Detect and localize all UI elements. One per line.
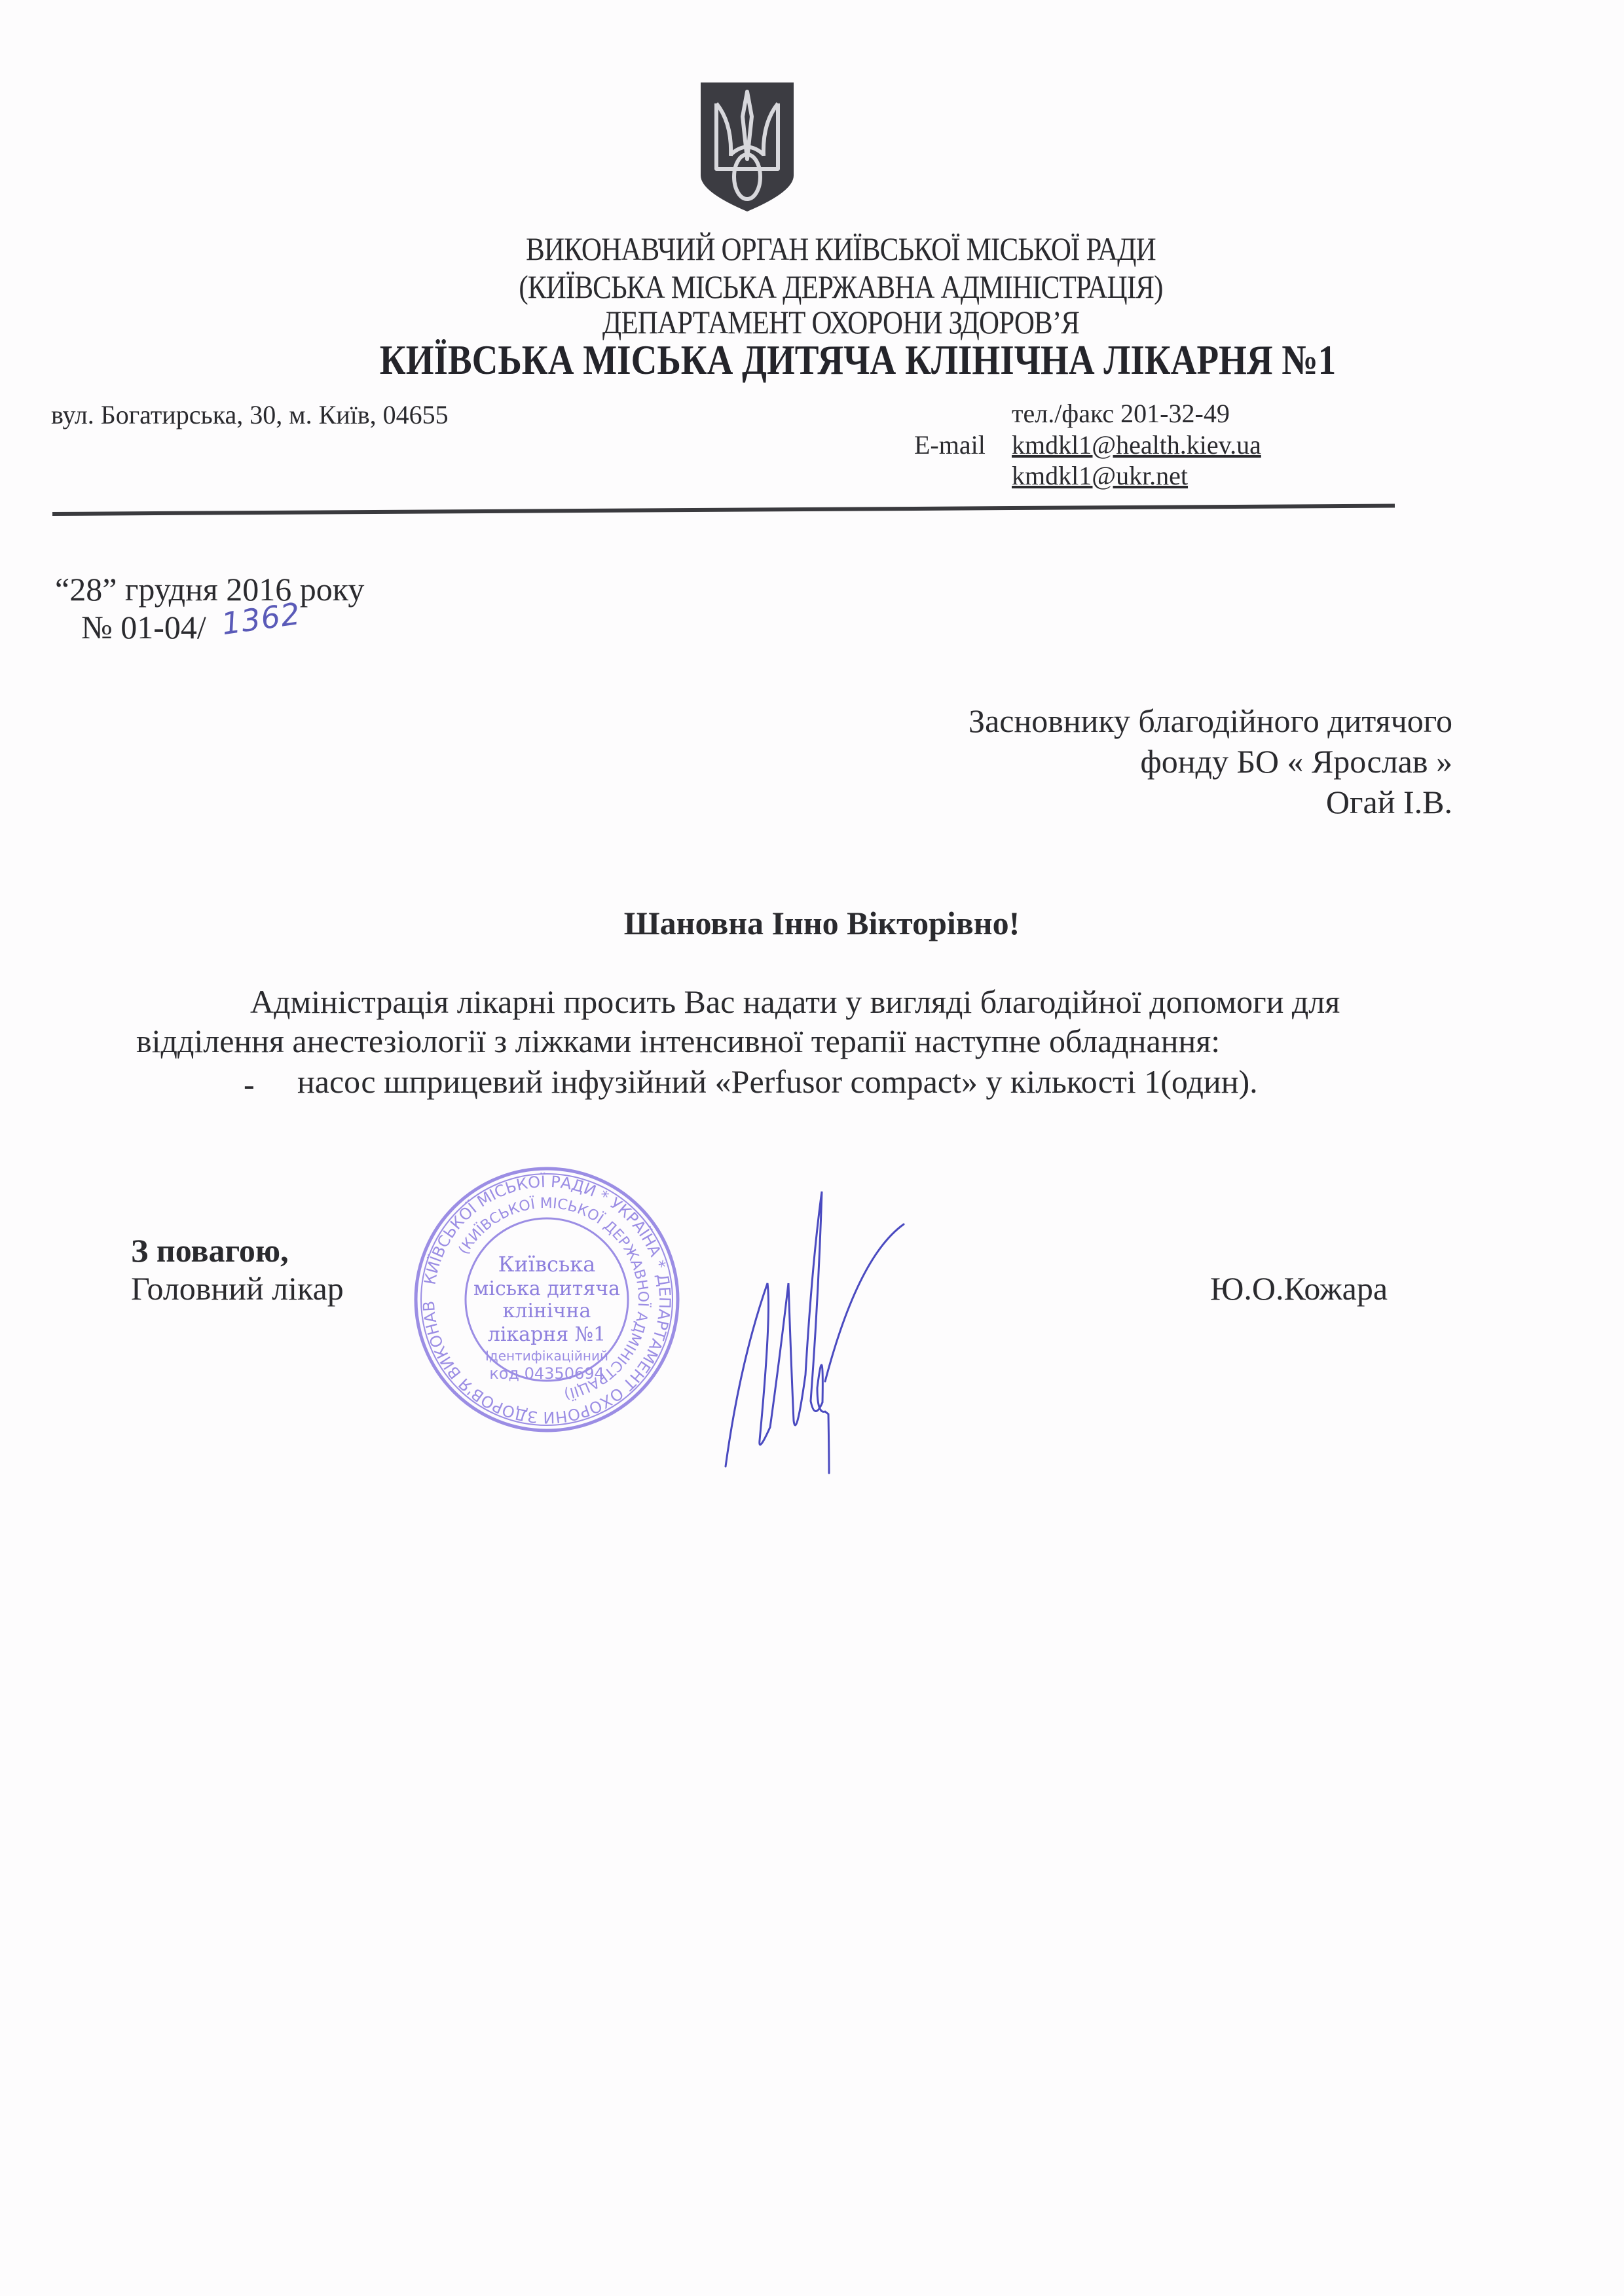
document-number: № 01-04/ <box>81 608 206 647</box>
official-stamp-icon: КИЇВСЬКОЇ МІСЬКОЇ РАДИ * УКРАЇНА * ДЕПАР… <box>413 1165 681 1434</box>
recipient-line: Засновнику благодійного дитячого <box>969 701 1452 741</box>
recipient-name: Огай І.В. <box>1326 782 1452 822</box>
email-link-ukrnet[interactable]: kmdkl1@ukr.net <box>1012 460 1188 492</box>
header-administration-line: (КИЇВСЬКА МІСЬКА ДЕРЖАВНА АДМІНІСТРАЦІЯ) <box>143 267 1540 306</box>
hospital-name: КИЇВСЬКА МІСЬКА ДИТЯЧА КЛІНІЧНА ЛІКАРНЯ … <box>160 335 1557 385</box>
stamp-center-line: Київська <box>498 1252 596 1277</box>
email-link-health[interactable]: kmdkl1@health.kiev.ua <box>1012 429 1261 461</box>
signer-position: Головний лікар <box>131 1269 344 1308</box>
email-label: E-mail <box>914 429 986 461</box>
bullet-item: насос шприцевий інфузійний «Perfusor com… <box>297 1062 1258 1101</box>
recipient-line: фонду БО « Ярослав » <box>1140 741 1452 782</box>
document-number-prefix: № 01-04/ <box>81 609 206 646</box>
body-paragraph-line: Адміністрація лікарні просить Вас надати… <box>250 982 1340 1021</box>
address: вул. Богатирська, 30, м. Київ, 04655 <box>51 399 449 431</box>
salutation: Шановна Інно Вікторівно! <box>0 903 1624 943</box>
signer-name: Ю.О.Кожара <box>1210 1269 1388 1308</box>
phone-fax: тел./факс 201-32-49 <box>1012 398 1230 429</box>
stamp-id-label: Ідентифікаційний <box>485 1348 608 1364</box>
trident-coat-of-arms-icon <box>698 77 796 215</box>
header-organ-line: ВИКОНАВЧИЙ ОРГАН КИЇВСЬКОЇ МІСЬКОЇ РАДИ <box>143 229 1540 268</box>
stamp-center-line: клінічна <box>503 1300 591 1322</box>
bullet-marker: - <box>244 1065 255 1104</box>
header-divider <box>52 503 1395 516</box>
stamp-center-line: міська дитяча <box>473 1277 620 1300</box>
handwritten-signature-icon <box>707 1165 1022 1493</box>
closing-regards: З повагою, <box>131 1231 289 1270</box>
stamp-center-line: лікарня №1 <box>488 1323 606 1346</box>
body-paragraph-line: відділення анестезіології з ліжками інте… <box>136 1021 1220 1061</box>
stamp-id-code: код 04350694 <box>489 1364 604 1383</box>
letter-date: “28” грудня 2016 року <box>55 570 364 609</box>
